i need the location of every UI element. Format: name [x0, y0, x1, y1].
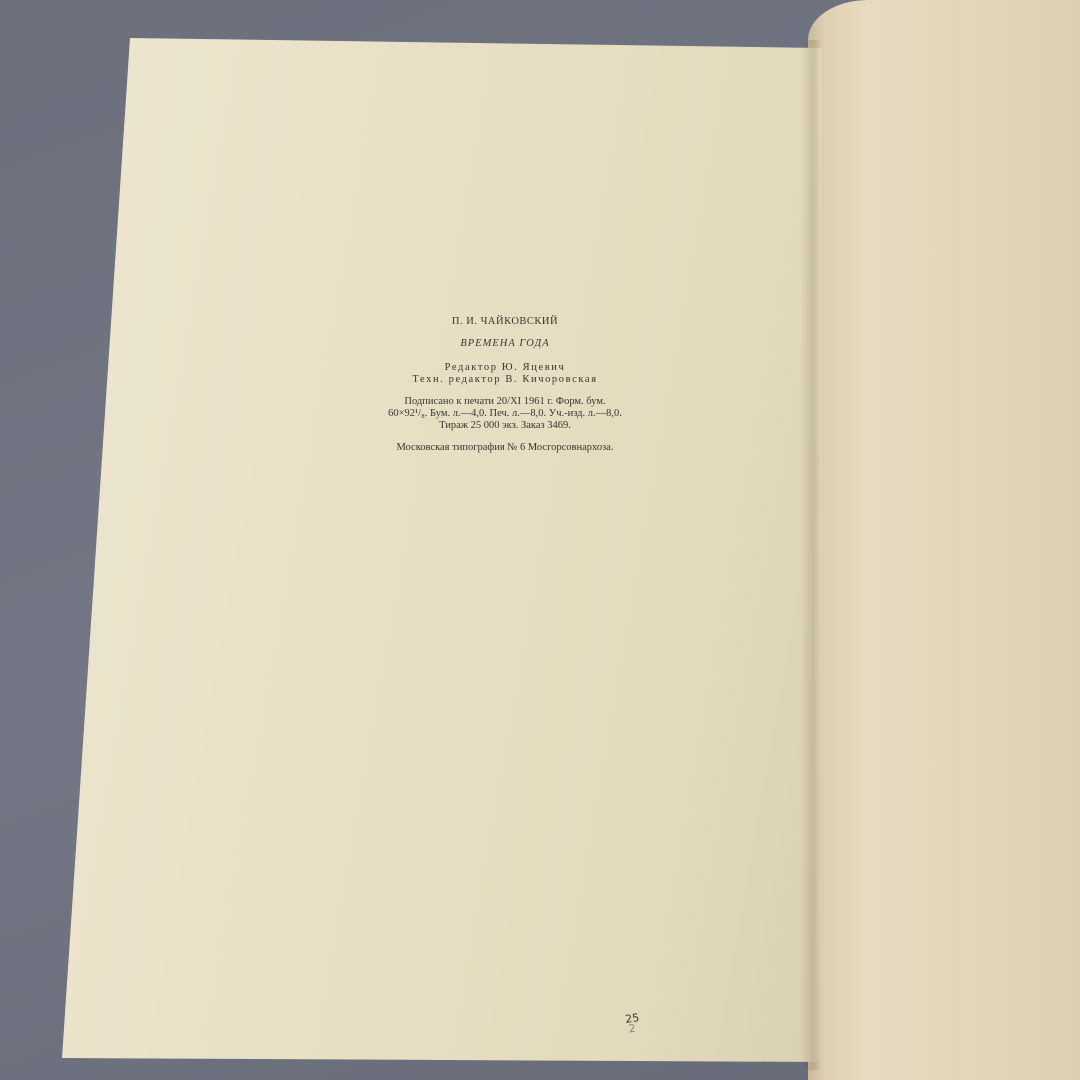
author-name: П. И. ЧАЙКОВСКИЙ: [360, 316, 650, 328]
editor-line: Редактор Ю. Яцевич: [360, 362, 650, 374]
work-title: ВРЕМЕНА ГОДА: [360, 338, 650, 350]
right-page: [808, 0, 1080, 1080]
editors-block: Редактор Ю. Яцевич Техн. редактор В. Кич…: [360, 362, 650, 386]
print-details-line-1: Подписано к печати 20/XI 1961 г. Форм. б…: [360, 396, 650, 408]
page-gutter: [800, 40, 822, 1070]
left-page: [62, 38, 822, 1062]
handwritten-mark: 25 2: [625, 1013, 642, 1035]
print-details-block: Подписано к печати 20/XI 1961 г. Форм. б…: [360, 396, 650, 432]
printer-line: Московская типография № 6 Мосгорсовнархо…: [360, 442, 650, 454]
tech-editor-line: Техн. редактор В. Кичоровская: [360, 374, 650, 386]
print-details-line-3: Тираж 25 000 экз. Заказ 3469.: [360, 420, 650, 432]
colophon-imprint: П. И. ЧАЙКОВСКИЙ ВРЕМЕНА ГОДА Редактор Ю…: [360, 316, 650, 455]
print-details-line-2: 60×92¹/₈. Бум. л.—4,0. Печ. л.—8,0. Уч.-…: [360, 408, 650, 420]
handwritten-mark-bottom: 2: [628, 1023, 641, 1034]
